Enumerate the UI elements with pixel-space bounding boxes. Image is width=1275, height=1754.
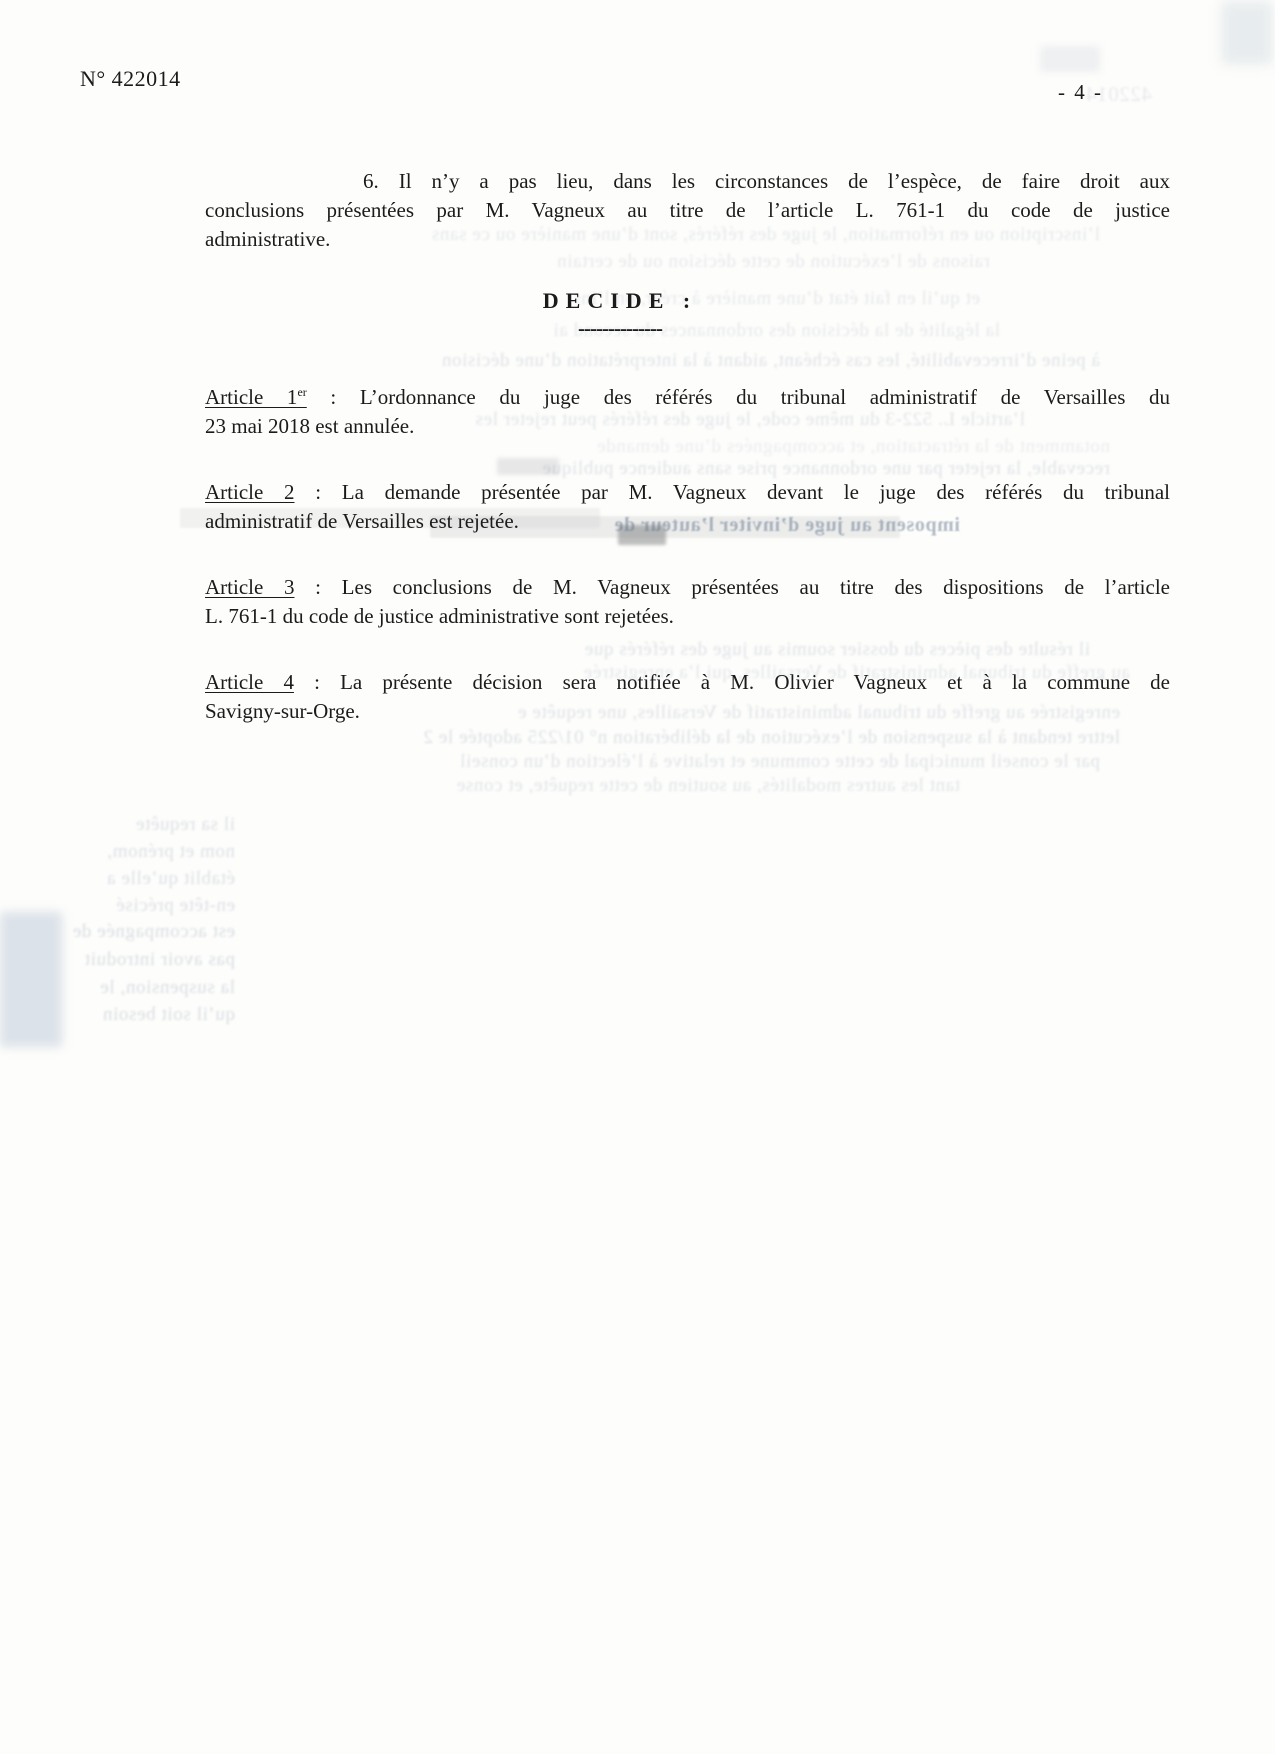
paragraph-6-line3: administrative. bbox=[205, 225, 1170, 254]
article-3-label: Article 3 bbox=[205, 575, 294, 599]
article-1-text-line2: 23 mai 2018 est annulée. bbox=[205, 412, 1170, 441]
document-page: 422014l’inscription ou en réformation, l… bbox=[0, 0, 1275, 1754]
article-2-text-line1: : La demande présentée par M. Vagneux de… bbox=[295, 480, 1170, 504]
article-1: Article 1er : L’ordonnance du juge des r… bbox=[205, 383, 1170, 441]
printed-content: N° 422014 - 4 - 6. Il n’y a pas lieu, da… bbox=[0, 0, 1275, 1754]
paragraph-6-line2: conclusions présentées par M. Vagneux au… bbox=[205, 196, 1170, 225]
article-1-text-line1: : L’ordonnance du juge des référés du tr… bbox=[307, 385, 1170, 409]
article-3-text-line2: L. 761-1 du code de justice administrati… bbox=[205, 602, 1170, 631]
paragraph-6-line1: 6. Il n’y a pas lieu, dans les circonsta… bbox=[205, 167, 1170, 196]
decide-heading: DECIDE : -------------- bbox=[205, 288, 1035, 336]
article-2-text-line2: administratif de Versailles est rejetée. bbox=[205, 507, 1170, 536]
article-4-text-line1: : La présente décision sera notifiée à M… bbox=[294, 670, 1170, 694]
article-1-label: Article 1er bbox=[205, 385, 307, 409]
article-2-label: Article 2 bbox=[205, 480, 295, 504]
article-4-text-line2: Savigny-sur-Orge. bbox=[205, 697, 1170, 726]
case-number: N° 422014 bbox=[80, 66, 181, 92]
article-4: Article 4 : La présente décision sera no… bbox=[205, 668, 1170, 726]
page-number: - 4 - bbox=[1058, 80, 1103, 105]
decide-underline: -------------- bbox=[205, 320, 1035, 336]
article-3: Article 3 : Les conclusions de M. Vagneu… bbox=[205, 573, 1170, 631]
paragraph-6: 6. Il n’y a pas lieu, dans les circonsta… bbox=[205, 167, 1170, 254]
decide-title: DECIDE : bbox=[205, 288, 1035, 314]
article-2: Article 2 : La demande présentée par M. … bbox=[205, 478, 1170, 536]
article-3-text-line1: : Les conclusions de M. Vagneux présenté… bbox=[294, 575, 1170, 599]
article-4-label: Article 4 bbox=[205, 670, 294, 694]
